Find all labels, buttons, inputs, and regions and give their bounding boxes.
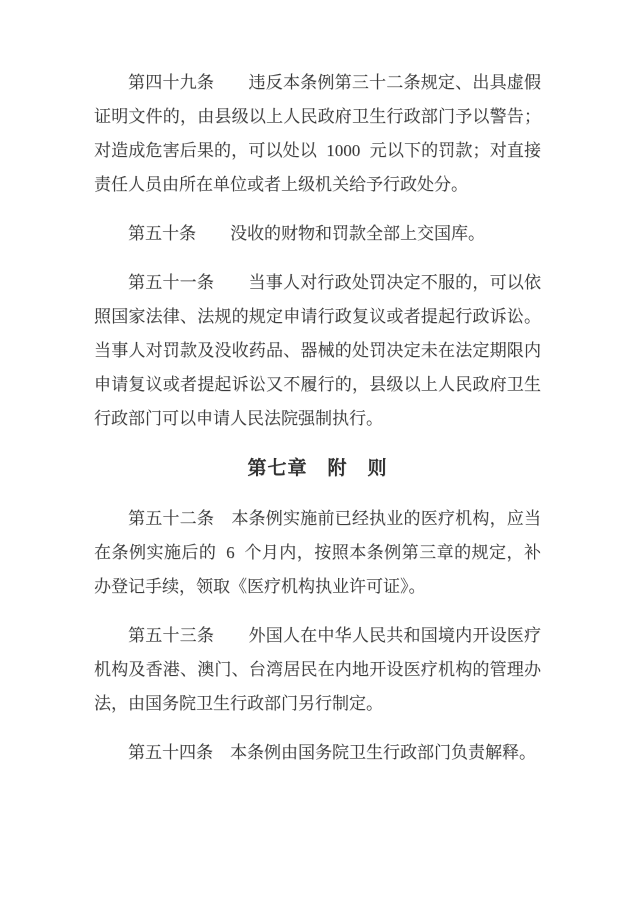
article-50: 第五十条 没收的财物和罚款全部上交国库。 [94,217,541,251]
article-50-separator [196,224,230,243]
document-body: 第四十九条 违反本条例第三十二条规定、出具虚假证明文件的，由县级以上人民政府卫生… [94,66,541,770]
article-53-separator [214,626,248,645]
article-51-number: 第五十一条 [128,273,214,292]
article-54-number: 第五十四条 [128,743,213,762]
article-52-separator [214,509,231,528]
document-page: 第四十九条 违反本条例第三十二条规定、出具虚假证明文件的，由县级以上人民政府卫生… [0,0,636,900]
article-54: 第五十四条 本条例由国务院卫生行政部门负责解释。 [94,736,541,770]
article-50-text: 没收的财物和罚款全部上交国库。 [230,224,485,243]
article-52-number: 第五十二条 [128,509,214,528]
article-50-number: 第五十条 [128,224,196,243]
article-54-text: 本条例由国务院卫生行政部门负责解释。 [230,743,536,762]
article-49-separator [214,73,248,92]
article-54-separator [213,743,230,762]
article-51-text: 当事人对行政处罚决定不服的，可以依照国家法律、法规的规定申请行政复议或者提起行政… [94,273,541,428]
article-51-separator [214,273,248,292]
article-52: 第五十二条 本条例实施前已经执业的医疗机构，应当在条例实施后的 6 个月内，按照… [94,502,541,604]
article-53-number: 第五十三条 [128,626,214,645]
article-49: 第四十九条 违反本条例第三十二条规定、出具虚假证明文件的，由县级以上人民政府卫生… [94,66,541,202]
article-51: 第五十一条 当事人对行政处罚决定不服的，可以依照国家法律、法规的规定申请行政复议… [94,266,541,436]
chapter-7-heading: 第七章 附 则 [94,452,541,486]
article-53: 第五十三条 外国人在中华人民共和国境内开设医疗机构及香港、澳门、台湾居民在内地开… [94,619,541,721]
article-49-number: 第四十九条 [128,73,214,92]
